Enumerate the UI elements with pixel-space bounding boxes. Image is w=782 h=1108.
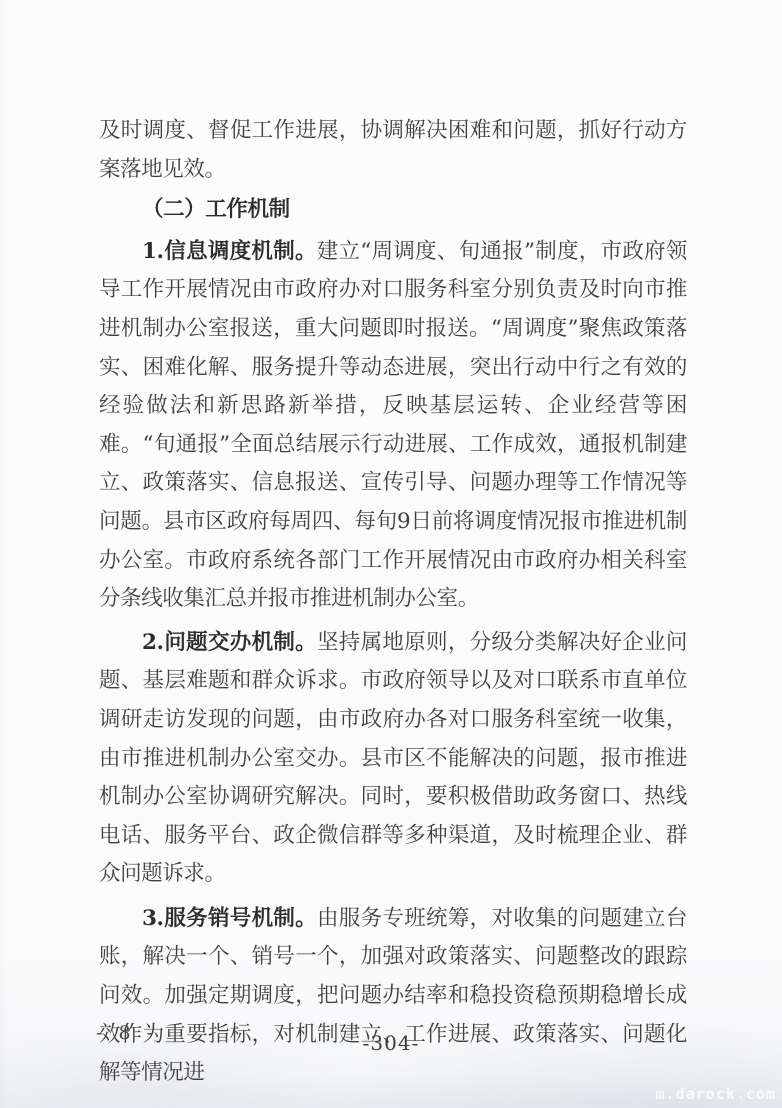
- paragraph-continuation: 及时调度、督促工作进展，协调解决困难和问题，抓好行动方案落地见效。: [99, 112, 687, 189]
- item-2-lead: 2.问题交办机制。: [142, 630, 317, 655]
- paragraph-item-3: 3.服务销号机制。由服务专班统筹，对收集的问题建立台账，解决一个、销号一个，加强…: [99, 900, 687, 1093]
- item-1-text: 建立“周调度、旬通报”制度，市政府领导工作开展情况由市政府办对口服务科室分别负责…: [99, 239, 687, 611]
- paragraph-text: 及时调度、督促工作进展，协调解决困难和问题，抓好行动方案落地见效。: [99, 118, 687, 182]
- item-3-text: 由服务专班统筹，对收集的问题建立台账，解决一个、销号一个，加强对政策落实、问题整…: [99, 906, 687, 1085]
- watermark-text: m.darock.com: [656, 1085, 776, 1103]
- scanned-document-page: 及时调度、督促工作进展，协调解决困难和问题，抓好行动方案落地见效。 （二）工作机…: [0, 0, 782, 1108]
- paragraph-item-1: 1.信息调度机制。建立“周调度、旬通报”制度，市政府领导工作开展情况由市政府办对…: [99, 233, 687, 619]
- paragraph-item-2: 2.问题交办机制。坚持属地原则，分级分类解决好企业问题、基层难题和群众诉求。市政…: [99, 624, 687, 894]
- item-2-text: 坚持属地原则，分级分类解决好企业问题、基层难题和群众诉求。市政府领导以及对口联系…: [99, 630, 687, 887]
- section-heading: （二）工作机制: [99, 191, 687, 230]
- item-1-lead: 1.信息调度机制。: [142, 239, 317, 264]
- page-number-outer: -304-: [0, 1031, 782, 1055]
- item-3-lead: 3.服务销号机制。: [142, 906, 317, 931]
- section-heading-text: （二）工作机制: [142, 197, 290, 222]
- document-body: 及时调度、督促工作进展，协调解决困难和问题，抓好行动方案落地见效。 （二）工作机…: [99, 112, 687, 1093]
